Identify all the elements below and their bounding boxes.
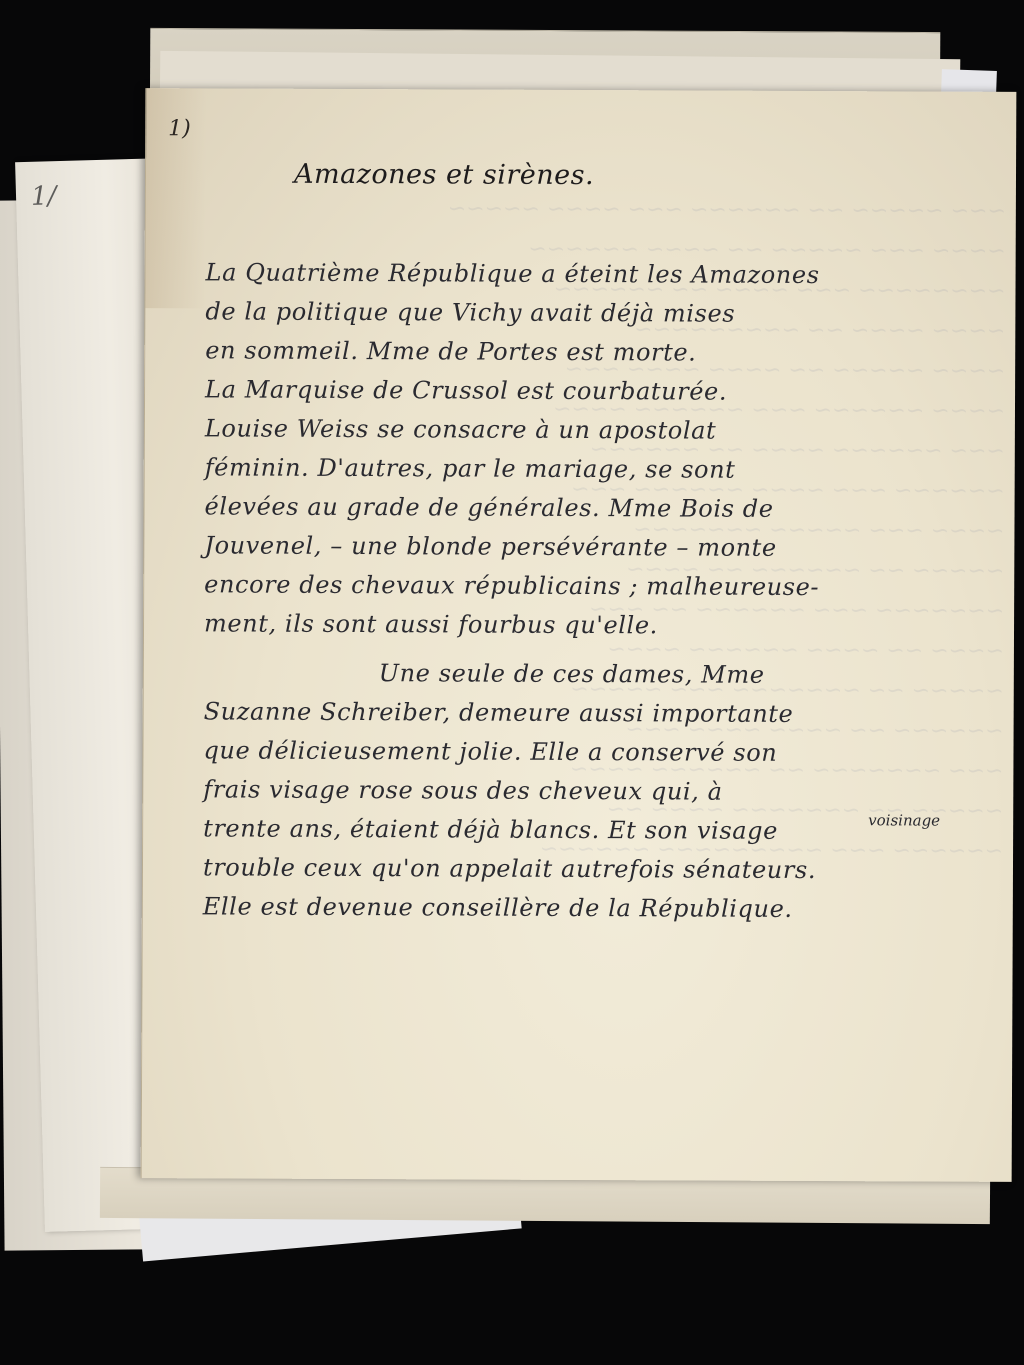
page-number: 1) <box>168 116 191 141</box>
left-page-number: 1/ <box>31 181 57 212</box>
text-line: élevées au grade de générales. Mme Bois … <box>204 487 994 529</box>
text-line: La Quatrième République a éteint les Ama… <box>205 253 995 295</box>
text-line: Elle est devenue conseillère de la Répub… <box>203 887 993 929</box>
text-line: Jouvenel, – une blonde persévérante – mo… <box>204 526 994 568</box>
text-line: Une seule de ces dames, Mme <box>204 653 994 695</box>
text-line: La Marquise de Crussol est courbaturée. <box>205 370 995 412</box>
text-line: féminin. D'autres, par le mariage, se so… <box>205 448 995 490</box>
text-line: en sommeil. Mme de Portes est morte. <box>205 331 995 373</box>
text-line: trouble ceux qu'on appelait autrefois sé… <box>203 848 993 890</box>
text-line: ment, ils sont aussi fourbus qu'elle. <box>204 604 994 646</box>
manuscript-page: ~~~ ~~~~~ ~~ ~~~~~~ ~~~ ~~~~ ~~~~~ ~~~~ … <box>141 88 1017 1182</box>
text-line: Louise Weiss se consacre à un apostolat <box>205 409 995 451</box>
page-title: Amazones et sirènes. <box>294 159 594 191</box>
text-line: encore des chevaux républicains ; malheu… <box>204 565 994 607</box>
text-line: de la politique que Vichy avait déjà mis… <box>205 292 995 334</box>
text-line: Suzanne Schreiber, demeure aussi importa… <box>204 692 994 734</box>
text-line: que délicieusement jolie. Elle a conserv… <box>203 731 993 773</box>
interlinear-correction: voisinage <box>868 811 940 829</box>
text-line: frais visage rose sous des cheveux qui, … <box>203 770 993 812</box>
